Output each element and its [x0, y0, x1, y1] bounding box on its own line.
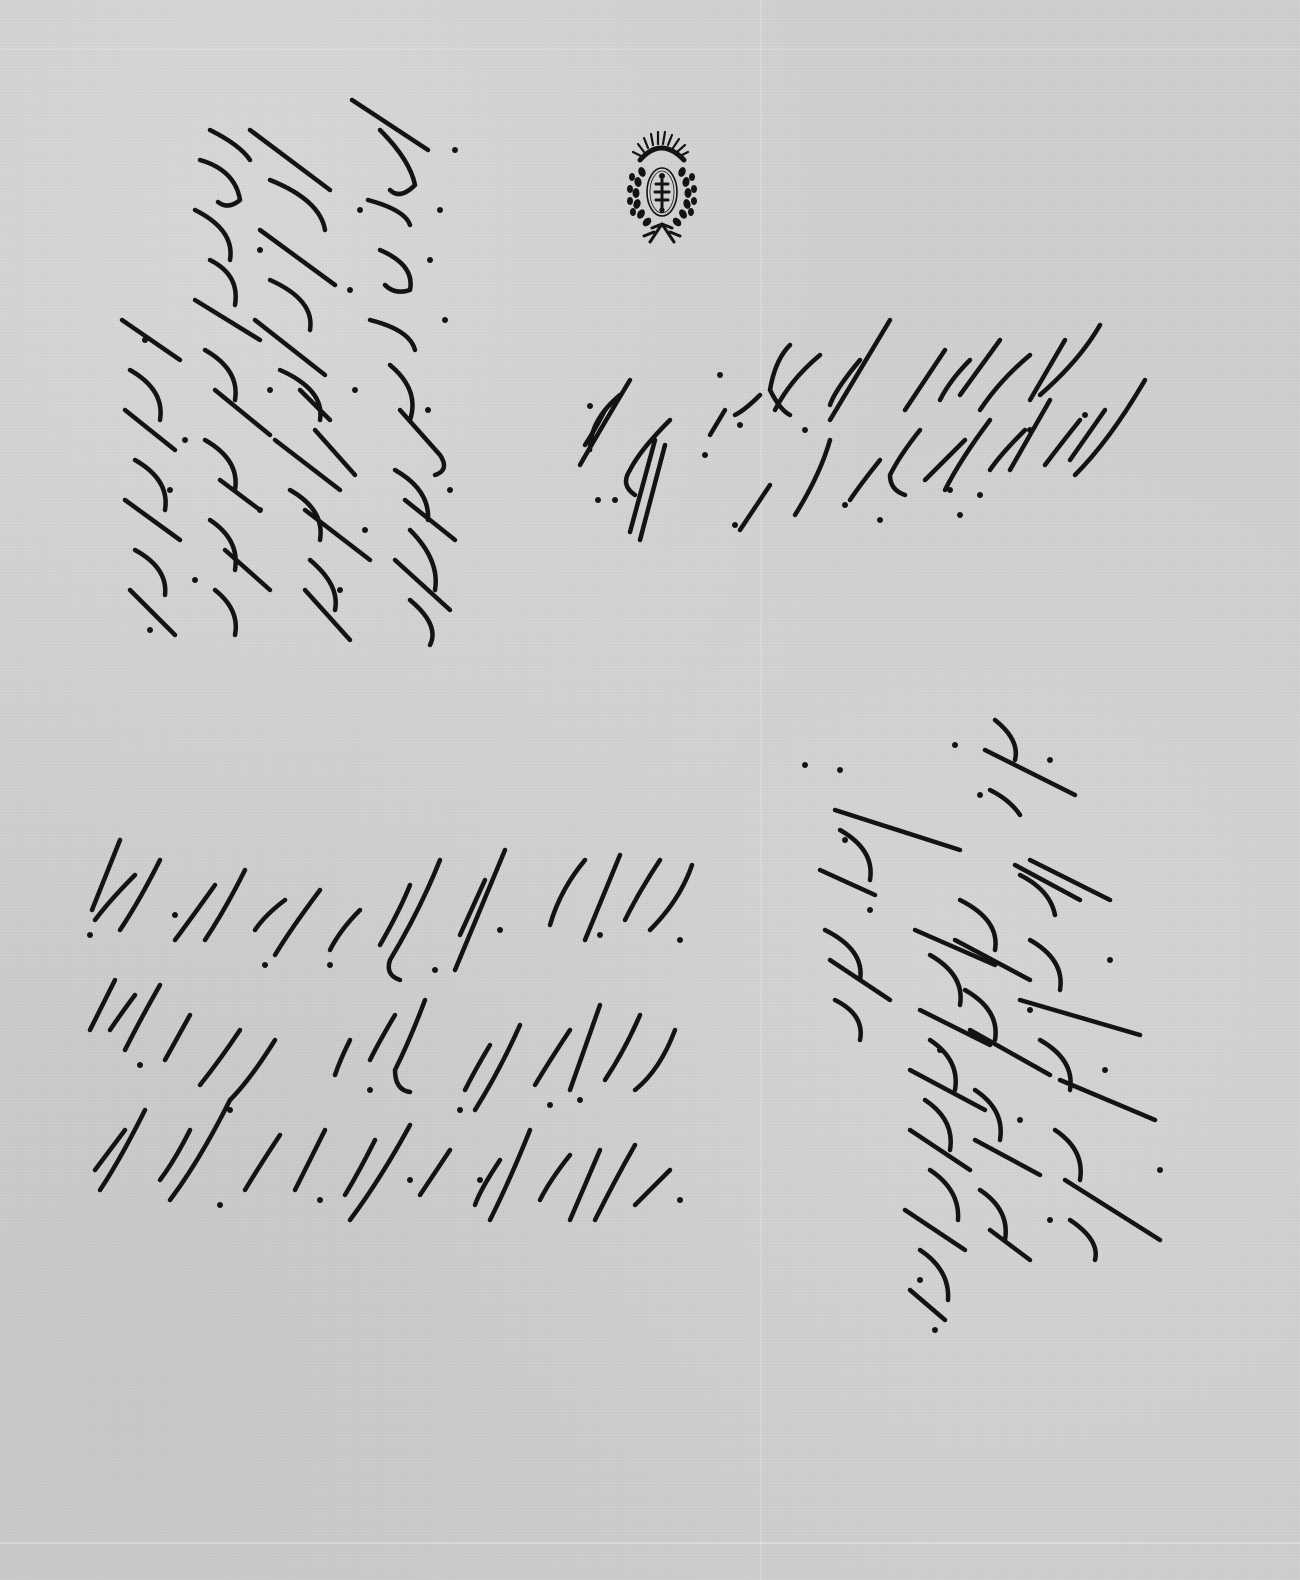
manuscript-page: royal emblem: rising sun crown above an …	[0, 0, 1300, 1580]
paper-fold-line	[0, 1542, 1300, 1544]
royal-emblem-icon: royal emblem: rising sun crown above an …	[624, 114, 700, 254]
paper-fold-line	[760, 0, 762, 1580]
paper-fold-line	[0, 48, 1300, 50]
text-block-top-right: [illegible calligraphic line 1] [illegib…	[560, 300, 1160, 550]
text-block-bottom-right: [illegible calligraphic line 1] [illegib…	[780, 700, 1180, 1340]
text-block-top-left: [illegible calligraphic line 1] [illegib…	[110, 90, 490, 650]
text-block-bottom-left: [illegible calligraphic line 1] [illegib…	[80, 800, 720, 1240]
